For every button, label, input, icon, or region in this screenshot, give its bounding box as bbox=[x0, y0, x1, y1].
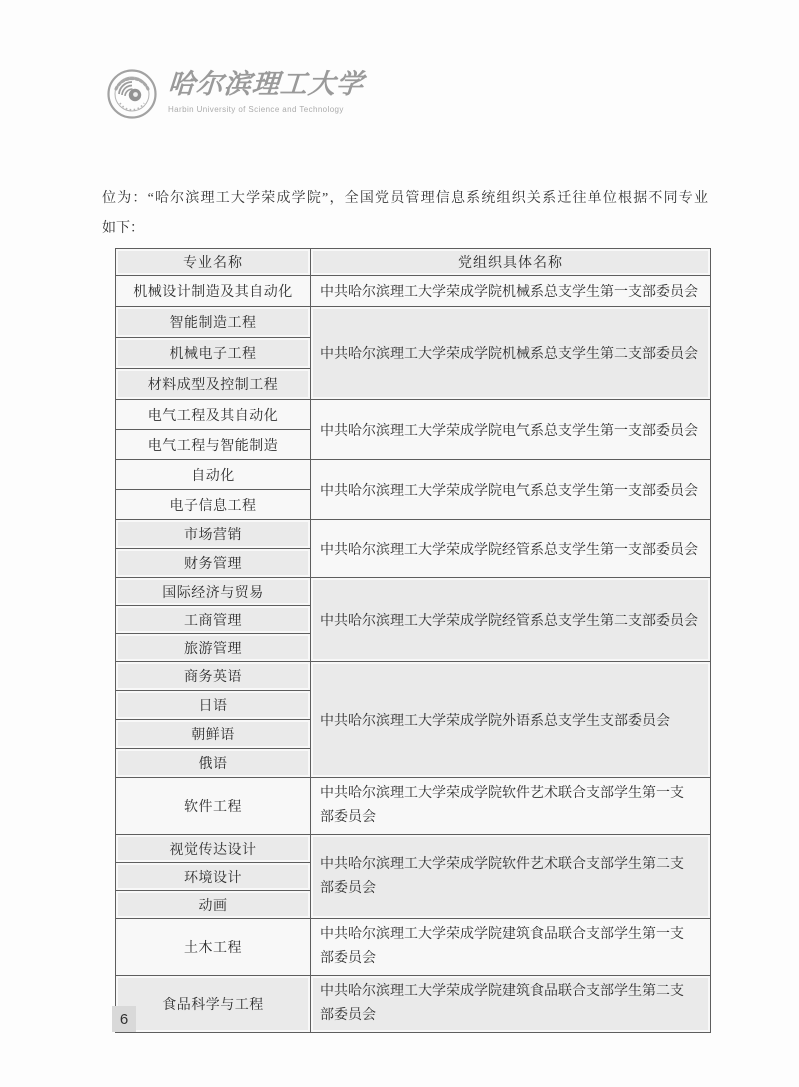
org-cell: 中共哈尔滨理工大学荣成学院软件艺术联合支部学生第一支部委员会 bbox=[311, 778, 711, 835]
intro-line-1: 位为：“哈尔滨理工大学荣成学院”，全国党员管理信息系统组织关系迁往单位根据不同专… bbox=[102, 188, 708, 218]
page-number: 6 bbox=[112, 1006, 136, 1032]
intro-line-2: 如下： bbox=[102, 218, 708, 248]
major-cell: 工商管理 bbox=[116, 606, 311, 634]
university-name-cn: 哈尔滨理工大学 bbox=[167, 64, 366, 104]
university-logo: 哈尔滨理工大学 Harbin University of Science and… bbox=[106, 64, 364, 120]
intro-paragraph: 位为：“哈尔滨理工大学荣成学院”，全国党员管理信息系统组织关系迁往单位根据不同专… bbox=[102, 188, 708, 248]
major-cell: 机械设计制造及其自动化 bbox=[116, 276, 311, 307]
org-cell: 中共哈尔滨理工大学荣成学院建筑食品联合支部学生第一支部委员会 bbox=[311, 919, 711, 976]
table-row: 市场营销 中共哈尔滨理工大学荣成学院经管系总支学生第一支部委员会 bbox=[116, 520, 711, 549]
major-cell: 材料成型及控制工程 bbox=[116, 369, 311, 400]
table-row: 视觉传达设计 中共哈尔滨理工大学荣成学院软件艺术联合支部学生第二支部委员会 bbox=[116, 835, 711, 863]
table-row: 商务英语 中共哈尔滨理工大学荣成学院外语系总支学生支部委员会 bbox=[116, 662, 711, 691]
document-page: { "logo": { "name_cn": "哈尔滨理工大学", "name_… bbox=[0, 0, 799, 1087]
major-cell: 俄语 bbox=[116, 749, 311, 778]
table-row: 智能制造工程 中共哈尔滨理工大学荣成学院机械系总支学生第二支部委员会 bbox=[116, 307, 711, 338]
university-name-en: Harbin University of Science and Technol… bbox=[168, 105, 364, 114]
major-cell: 市场营销 bbox=[116, 520, 311, 549]
table-row: 国际经济与贸易 中共哈尔滨理工大学荣成学院经管系总支学生第二支部委员会 bbox=[116, 578, 711, 606]
org-column-header: 党组织具体名称 bbox=[311, 249, 711, 276]
org-cell: 中共哈尔滨理工大学荣成学院机械系总支学生第一支部委员会 bbox=[311, 276, 711, 307]
table-row: 机械设计制造及其自动化 中共哈尔滨理工大学荣成学院机械系总支学生第一支部委员会 bbox=[116, 276, 711, 307]
major-cell: 商务英语 bbox=[116, 662, 311, 691]
major-cell: 财务管理 bbox=[116, 549, 311, 578]
major-cell: 机械电子工程 bbox=[116, 338, 311, 369]
university-seal-icon bbox=[106, 68, 158, 120]
org-cell: 中共哈尔滨理工大学荣成学院电气系总支学生第一支部委员会 bbox=[311, 400, 711, 460]
org-cell: 中共哈尔滨理工大学荣成学院经管系总支学生第一支部委员会 bbox=[311, 520, 711, 578]
party-organization-table: 专业名称 党组织具体名称 机械设计制造及其自动化 中共哈尔滨理工大学荣成学院机械… bbox=[115, 248, 711, 1033]
major-cell: 智能制造工程 bbox=[116, 307, 311, 338]
table-row: 土木工程 中共哈尔滨理工大学荣成学院建筑食品联合支部学生第一支部委员会 bbox=[116, 919, 711, 976]
table-header-row: 专业名称 党组织具体名称 bbox=[116, 249, 711, 276]
org-cell: 中共哈尔滨理工大学荣成学院建筑食品联合支部学生第二支部委员会 bbox=[311, 976, 711, 1033]
table-row: 电气工程及其自动化 中共哈尔滨理工大学荣成学院电气系总支学生第一支部委员会 bbox=[116, 400, 711, 430]
major-cell: 软件工程 bbox=[116, 778, 311, 835]
major-cell: 土木工程 bbox=[116, 919, 311, 976]
major-cell: 电气工程与智能制造 bbox=[116, 430, 311, 460]
major-cell: 自动化 bbox=[116, 460, 311, 490]
org-cell: 中共哈尔滨理工大学荣成学院经管系总支学生第二支部委员会 bbox=[311, 578, 711, 662]
major-column-header: 专业名称 bbox=[116, 249, 311, 276]
org-cell: 中共哈尔滨理工大学荣成学院软件艺术联合支部学生第二支部委员会 bbox=[311, 835, 711, 919]
org-cell: 中共哈尔滨理工大学荣成学院外语系总支学生支部委员会 bbox=[311, 662, 711, 778]
major-cell: 国际经济与贸易 bbox=[116, 578, 311, 606]
major-cell: 动画 bbox=[116, 891, 311, 919]
major-cell: 朝鲜语 bbox=[116, 720, 311, 749]
major-cell: 日语 bbox=[116, 691, 311, 720]
university-logo-text: 哈尔滨理工大学 Harbin University of Science and… bbox=[168, 64, 364, 114]
table-row: 自动化 中共哈尔滨理工大学荣成学院电气系总支学生第一支部委员会 bbox=[116, 460, 711, 490]
major-cell: 环境设计 bbox=[116, 863, 311, 891]
major-cell: 视觉传达设计 bbox=[116, 835, 311, 863]
org-cell: 中共哈尔滨理工大学荣成学院机械系总支学生第二支部委员会 bbox=[311, 307, 711, 400]
table-row: 食品科学与工程 中共哈尔滨理工大学荣成学院建筑食品联合支部学生第二支部委员会 bbox=[116, 976, 711, 1033]
major-cell: 电子信息工程 bbox=[116, 490, 311, 520]
org-cell: 中共哈尔滨理工大学荣成学院电气系总支学生第一支部委员会 bbox=[311, 460, 711, 520]
major-cell: 电气工程及其自动化 bbox=[116, 400, 311, 430]
major-cell: 旅游管理 bbox=[116, 634, 311, 662]
major-cell: 食品科学与工程 bbox=[116, 976, 311, 1033]
table-row: 软件工程 中共哈尔滨理工大学荣成学院软件艺术联合支部学生第一支部委员会 bbox=[116, 778, 711, 835]
